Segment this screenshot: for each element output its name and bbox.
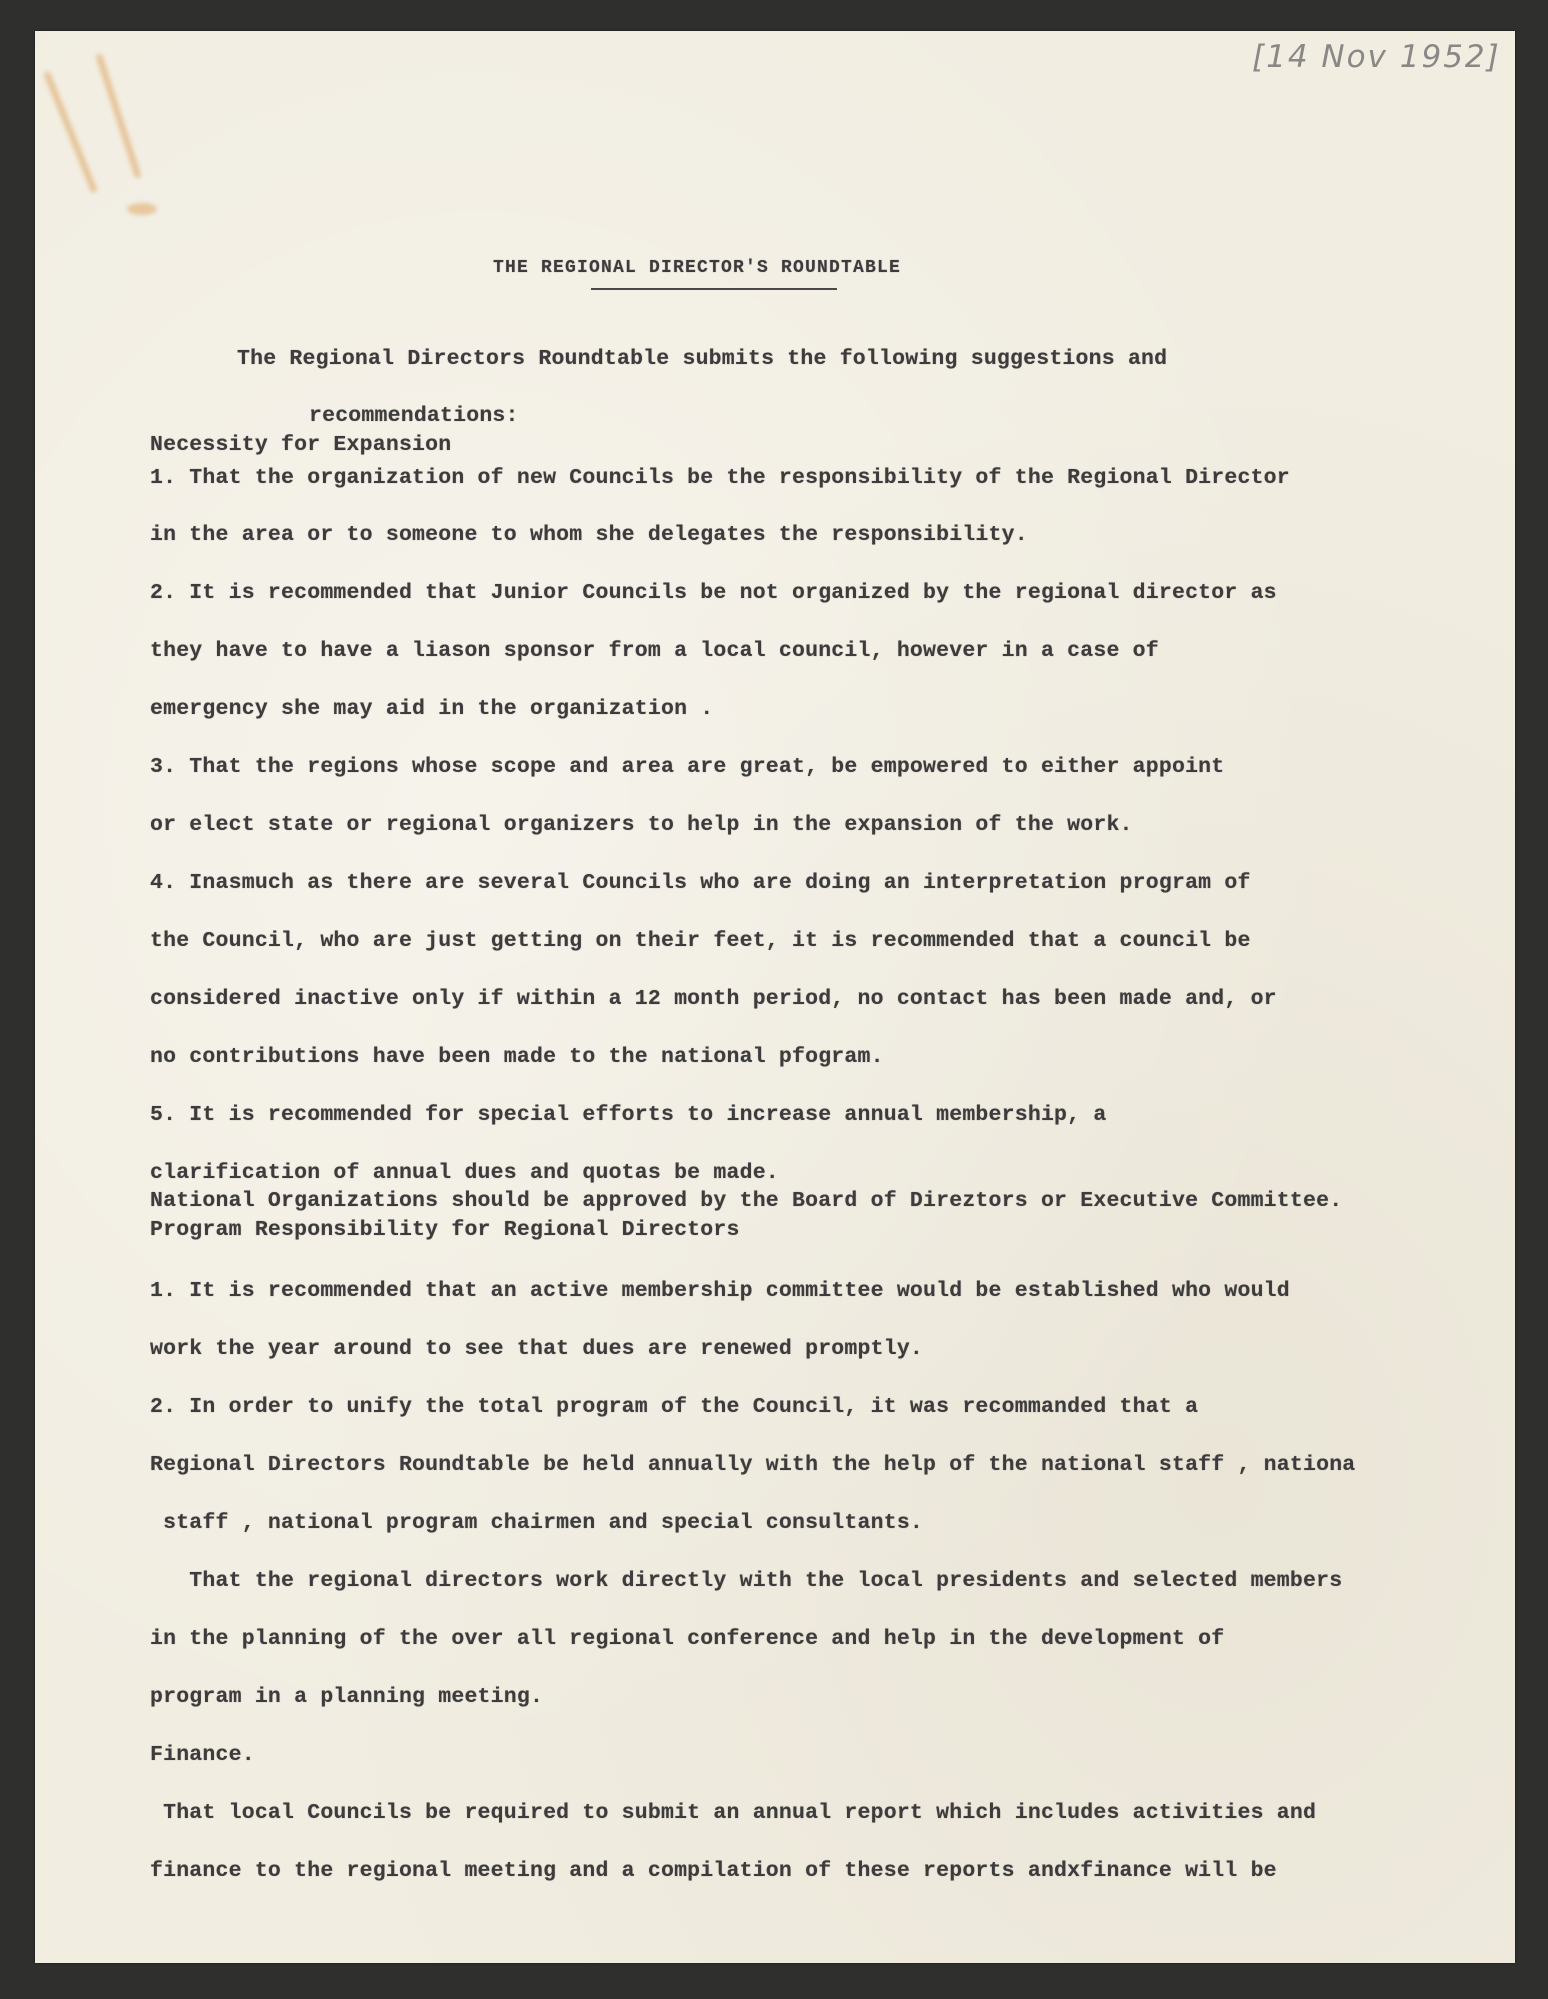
section-heading: Necessity for Expansion: [150, 433, 451, 457]
body-line: work the year around to see that dues ar…: [150, 1337, 923, 1361]
body-line: Regional Directors Roundtable be held an…: [150, 1453, 1355, 1477]
body-line: no contributions have been made to the n…: [150, 1045, 884, 1069]
body-line: considered inactive only if within a 12 …: [150, 987, 1277, 1011]
body-line: clarification of annual dues and quotas …: [150, 1161, 779, 1185]
intro-line: The Regional Directors Roundtable submit…: [237, 347, 1167, 371]
document-title: THE REGIONAL DIRECTOR'S ROUNDTABLE: [493, 258, 901, 278]
body-line: program in a planning meeting.: [150, 1685, 543, 1709]
body-line: staff , national program chairmen and sp…: [150, 1511, 923, 1535]
handwritten-date: [14 Nov 1952]: [1252, 39, 1501, 75]
title-underline: [591, 288, 837, 290]
body-line: 1. It is recommended that an active memb…: [150, 1279, 1290, 1303]
body-line: or elect state or regional organizers to…: [150, 813, 1133, 837]
section-heading: Program Responsibility for Regional Dire…: [150, 1218, 740, 1242]
body-line: the Council, who are just getting on the…: [150, 929, 1251, 953]
body-line: finance to the regional meeting and a co…: [150, 1859, 1277, 1883]
paperclip-rust-stain: [95, 53, 142, 179]
body-line: That local Councils be required to submi…: [150, 1801, 1316, 1825]
body-line: 2. In order to unify the total program o…: [150, 1395, 1198, 1419]
body-line: National Organizations should be approve…: [150, 1189, 1342, 1213]
body-line: 4. Inasmuch as there are several Council…: [150, 871, 1251, 895]
intro-line: recommendations:: [309, 404, 519, 428]
body-line: emergency she may aid in the organizatio…: [150, 697, 713, 721]
body-line: they have to have a liason sponsor from …: [150, 639, 1159, 663]
body-line: 1. That the organization of new Councils…: [150, 466, 1290, 490]
body-line: in the planning of the over all regional…: [150, 1627, 1224, 1651]
section-heading: Finance.: [150, 1743, 255, 1767]
body-line: That the regional directors work directl…: [150, 1569, 1342, 1593]
paperclip-rust-stain: [127, 203, 157, 215]
body-line: 5. It is recommended for special efforts…: [150, 1103, 1106, 1127]
body-line: 2. It is recommended that Junior Council…: [150, 581, 1277, 605]
body-line: in the area or to someone to whom she de…: [150, 523, 1028, 547]
paperclip-rust-stain: [43, 70, 98, 193]
body-line: 3. That the regions whose scope and area…: [150, 755, 1224, 779]
